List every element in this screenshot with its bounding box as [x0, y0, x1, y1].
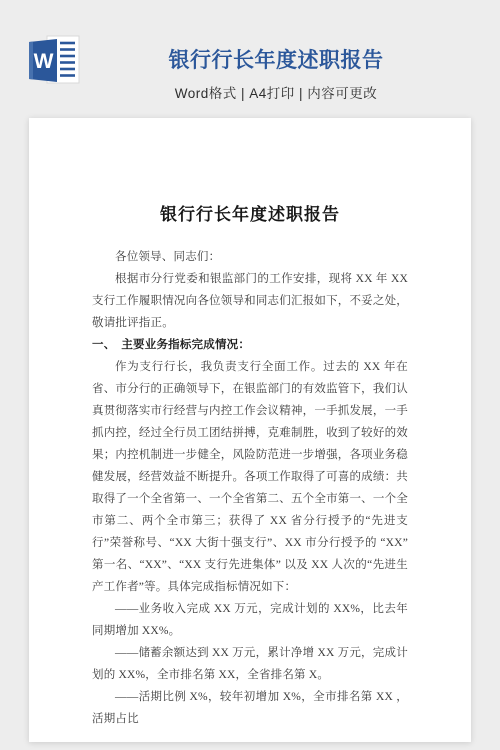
header-banner: W 银行行长年度述职报告 Word格式 | A4打印 | 内容可更改: [0, 0, 500, 118]
word-icon-panel-edge: [29, 42, 33, 80]
word-icon: W: [26, 34, 82, 88]
section-body-paragraph: 作为支行行长，我负责支行全面工作。过去的 XX 年在省、市分行的正确领导下，在银…: [92, 356, 408, 598]
bullet-savings-balance: ——储蓄余额达到 XX 万元，累计净增 XX 万元，完成计划的 XX%，全市排名…: [92, 642, 408, 686]
bullet-business-income: ——业务收入完成 XX 万元，完成计划的 XX%，比去年同期增加 XX%。: [92, 598, 408, 642]
header-title: 银行行长年度述职报告: [52, 44, 500, 74]
intro-paragraph: 根据市分行党委和银监部门的工作安排，现将 XX 年 XX 支行工作履职情况向各位…: [92, 268, 408, 334]
document-page: 银行行长年度述职报告 各位领导、同志们： 根据市分行党委和银监部门的工作安排，现…: [29, 118, 471, 742]
header-subtitle: Word格式 | A4打印 | 内容可更改: [52, 82, 500, 102]
salutation-paragraph: 各位领导、同志们：: [92, 246, 408, 268]
word-icon-graphic: W: [26, 34, 82, 88]
header-text-block: 银行行长年度述职报告 Word格式 | A4打印 | 内容可更改: [52, 0, 500, 102]
section-heading: 一、 主要业务指标完成情况：: [92, 334, 408, 356]
word-icon-letter: W: [34, 50, 54, 73]
document-title: 银行行长年度述职报告: [92, 118, 408, 225]
bullet-current-ratio: ——活期比例 X%，较年初增加 X%，全市排名第 XX ，活期占比: [92, 686, 408, 730]
